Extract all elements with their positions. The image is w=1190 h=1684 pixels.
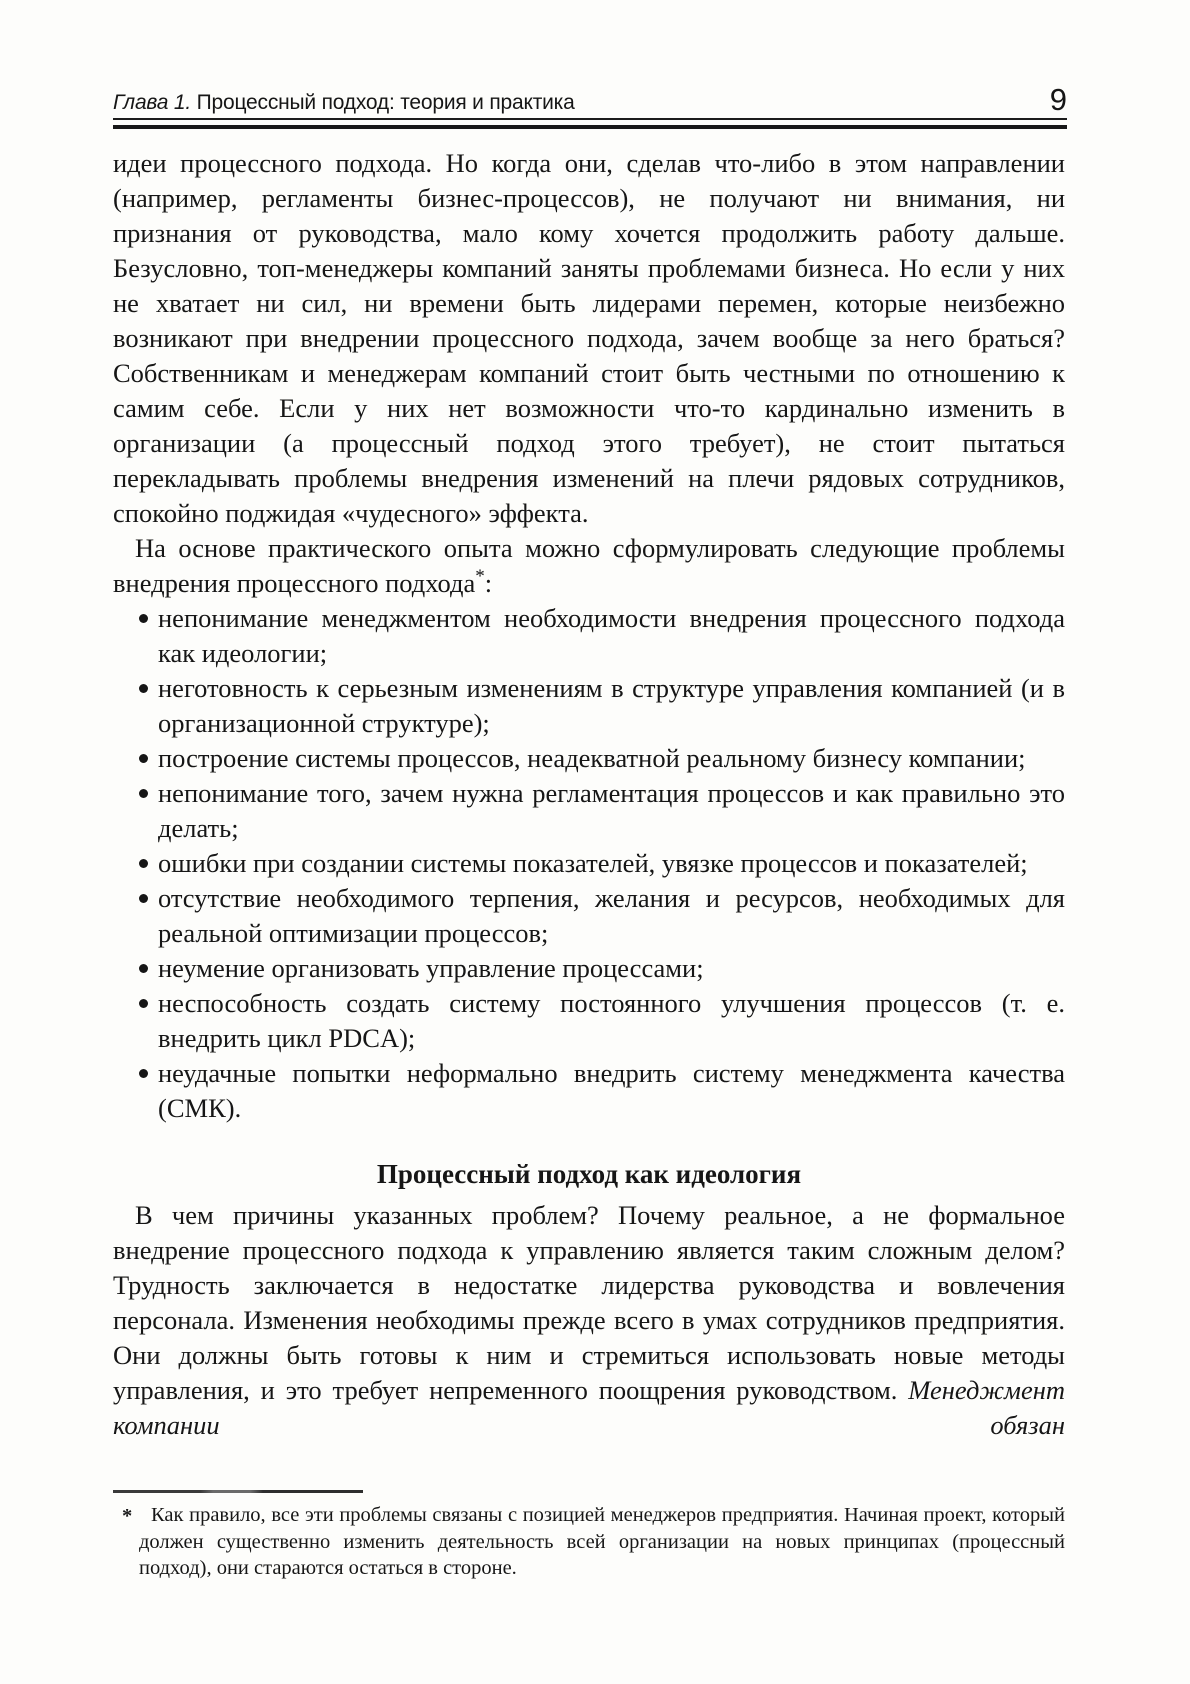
list-item-text: отсутствие необходимого терпения, желани… xyxy=(158,883,1065,948)
body-text: идеи процессного подхода. Но когда они, … xyxy=(113,146,1065,1443)
footnote-paragraph: *Как правило, все эти проблемы связаны с… xyxy=(113,1502,1065,1582)
section-heading: Процессный подход как идеология xyxy=(113,1157,1065,1192)
list-item: неготовность к серьезным изменениям в ст… xyxy=(113,671,1065,741)
bullet-dot xyxy=(139,894,148,903)
list-item-text: неудачные попытки неформально внедрить с… xyxy=(158,1058,1065,1123)
bullet-dot xyxy=(139,859,148,868)
problems-intro-colon: : xyxy=(485,568,492,598)
list-item: неумение организовать управление процесс… xyxy=(113,951,1065,986)
bullet-dot xyxy=(139,684,148,693)
problems-intro-text: На основе практического опыта можно сфор… xyxy=(113,533,1065,598)
list-item-text: построение системы процессов, неадекватн… xyxy=(158,743,1026,773)
footnote-rule xyxy=(113,1490,363,1493)
problems-intro-paragraph: На основе практического опыта можно сфор… xyxy=(113,531,1065,601)
footnote: *Как правило, все эти проблемы связаны с… xyxy=(113,1502,1065,1582)
page-number: 9 xyxy=(1050,84,1067,115)
list-item: построение системы процессов, неадекватн… xyxy=(113,741,1065,776)
problems-list: непонимание менеджментом необходимости в… xyxy=(113,601,1065,1126)
chapter-label: Глава 1. xyxy=(113,91,191,114)
chapter-title: Процессный подход: теория и практика xyxy=(197,91,575,114)
list-item-text: неумение организовать управление процесс… xyxy=(158,953,704,983)
bullet-dot xyxy=(139,614,148,623)
opening-paragraph: идеи процессного подхода. Но когда они, … xyxy=(113,146,1065,531)
list-item: непонимание менеджментом необходимости в… xyxy=(113,601,1065,671)
bullet-dot xyxy=(139,754,148,763)
footnote-marker: * xyxy=(122,1503,132,1530)
footnote-text: Как правило, все эти проблемы связаны с … xyxy=(139,1504,1065,1579)
list-item: ошибки при создании системы показателей,… xyxy=(113,846,1065,881)
list-item-text: непонимание менеджментом необходимости в… xyxy=(158,603,1065,668)
list-item: непонимание того, зачем нужна регламента… xyxy=(113,776,1065,846)
list-item-text: непонимание того, зачем нужна регламента… xyxy=(158,778,1065,843)
list-item-text: неготовность к серьезным изменениям в ст… xyxy=(158,673,1065,738)
header-rule xyxy=(113,118,1067,129)
running-title: Глава 1. Процессный подход: теория и пра… xyxy=(113,91,575,115)
footnote-reference-marker: * xyxy=(475,566,485,587)
running-header: Глава 1. Процессный подход: теория и пра… xyxy=(113,84,1067,115)
list-item: отсутствие необходимого терпения, желани… xyxy=(113,881,1065,951)
list-item-text: ошибки при создании системы показателей,… xyxy=(158,848,1028,878)
bullet-dot xyxy=(139,964,148,973)
bullet-dot xyxy=(139,789,148,798)
bullet-dot xyxy=(139,1069,148,1078)
list-item: неспособность создать систему постоянног… xyxy=(113,986,1065,1056)
book-page: Глава 1. Процессный подход: теория и пра… xyxy=(0,0,1190,1684)
ideology-paragraph: В чем причины указанных проблем? Почему … xyxy=(113,1198,1065,1443)
bullet-dot xyxy=(139,999,148,1008)
list-item: неудачные попытки неформально внедрить с… xyxy=(113,1056,1065,1126)
list-item-text: неспособность создать систему постоянног… xyxy=(158,988,1065,1053)
